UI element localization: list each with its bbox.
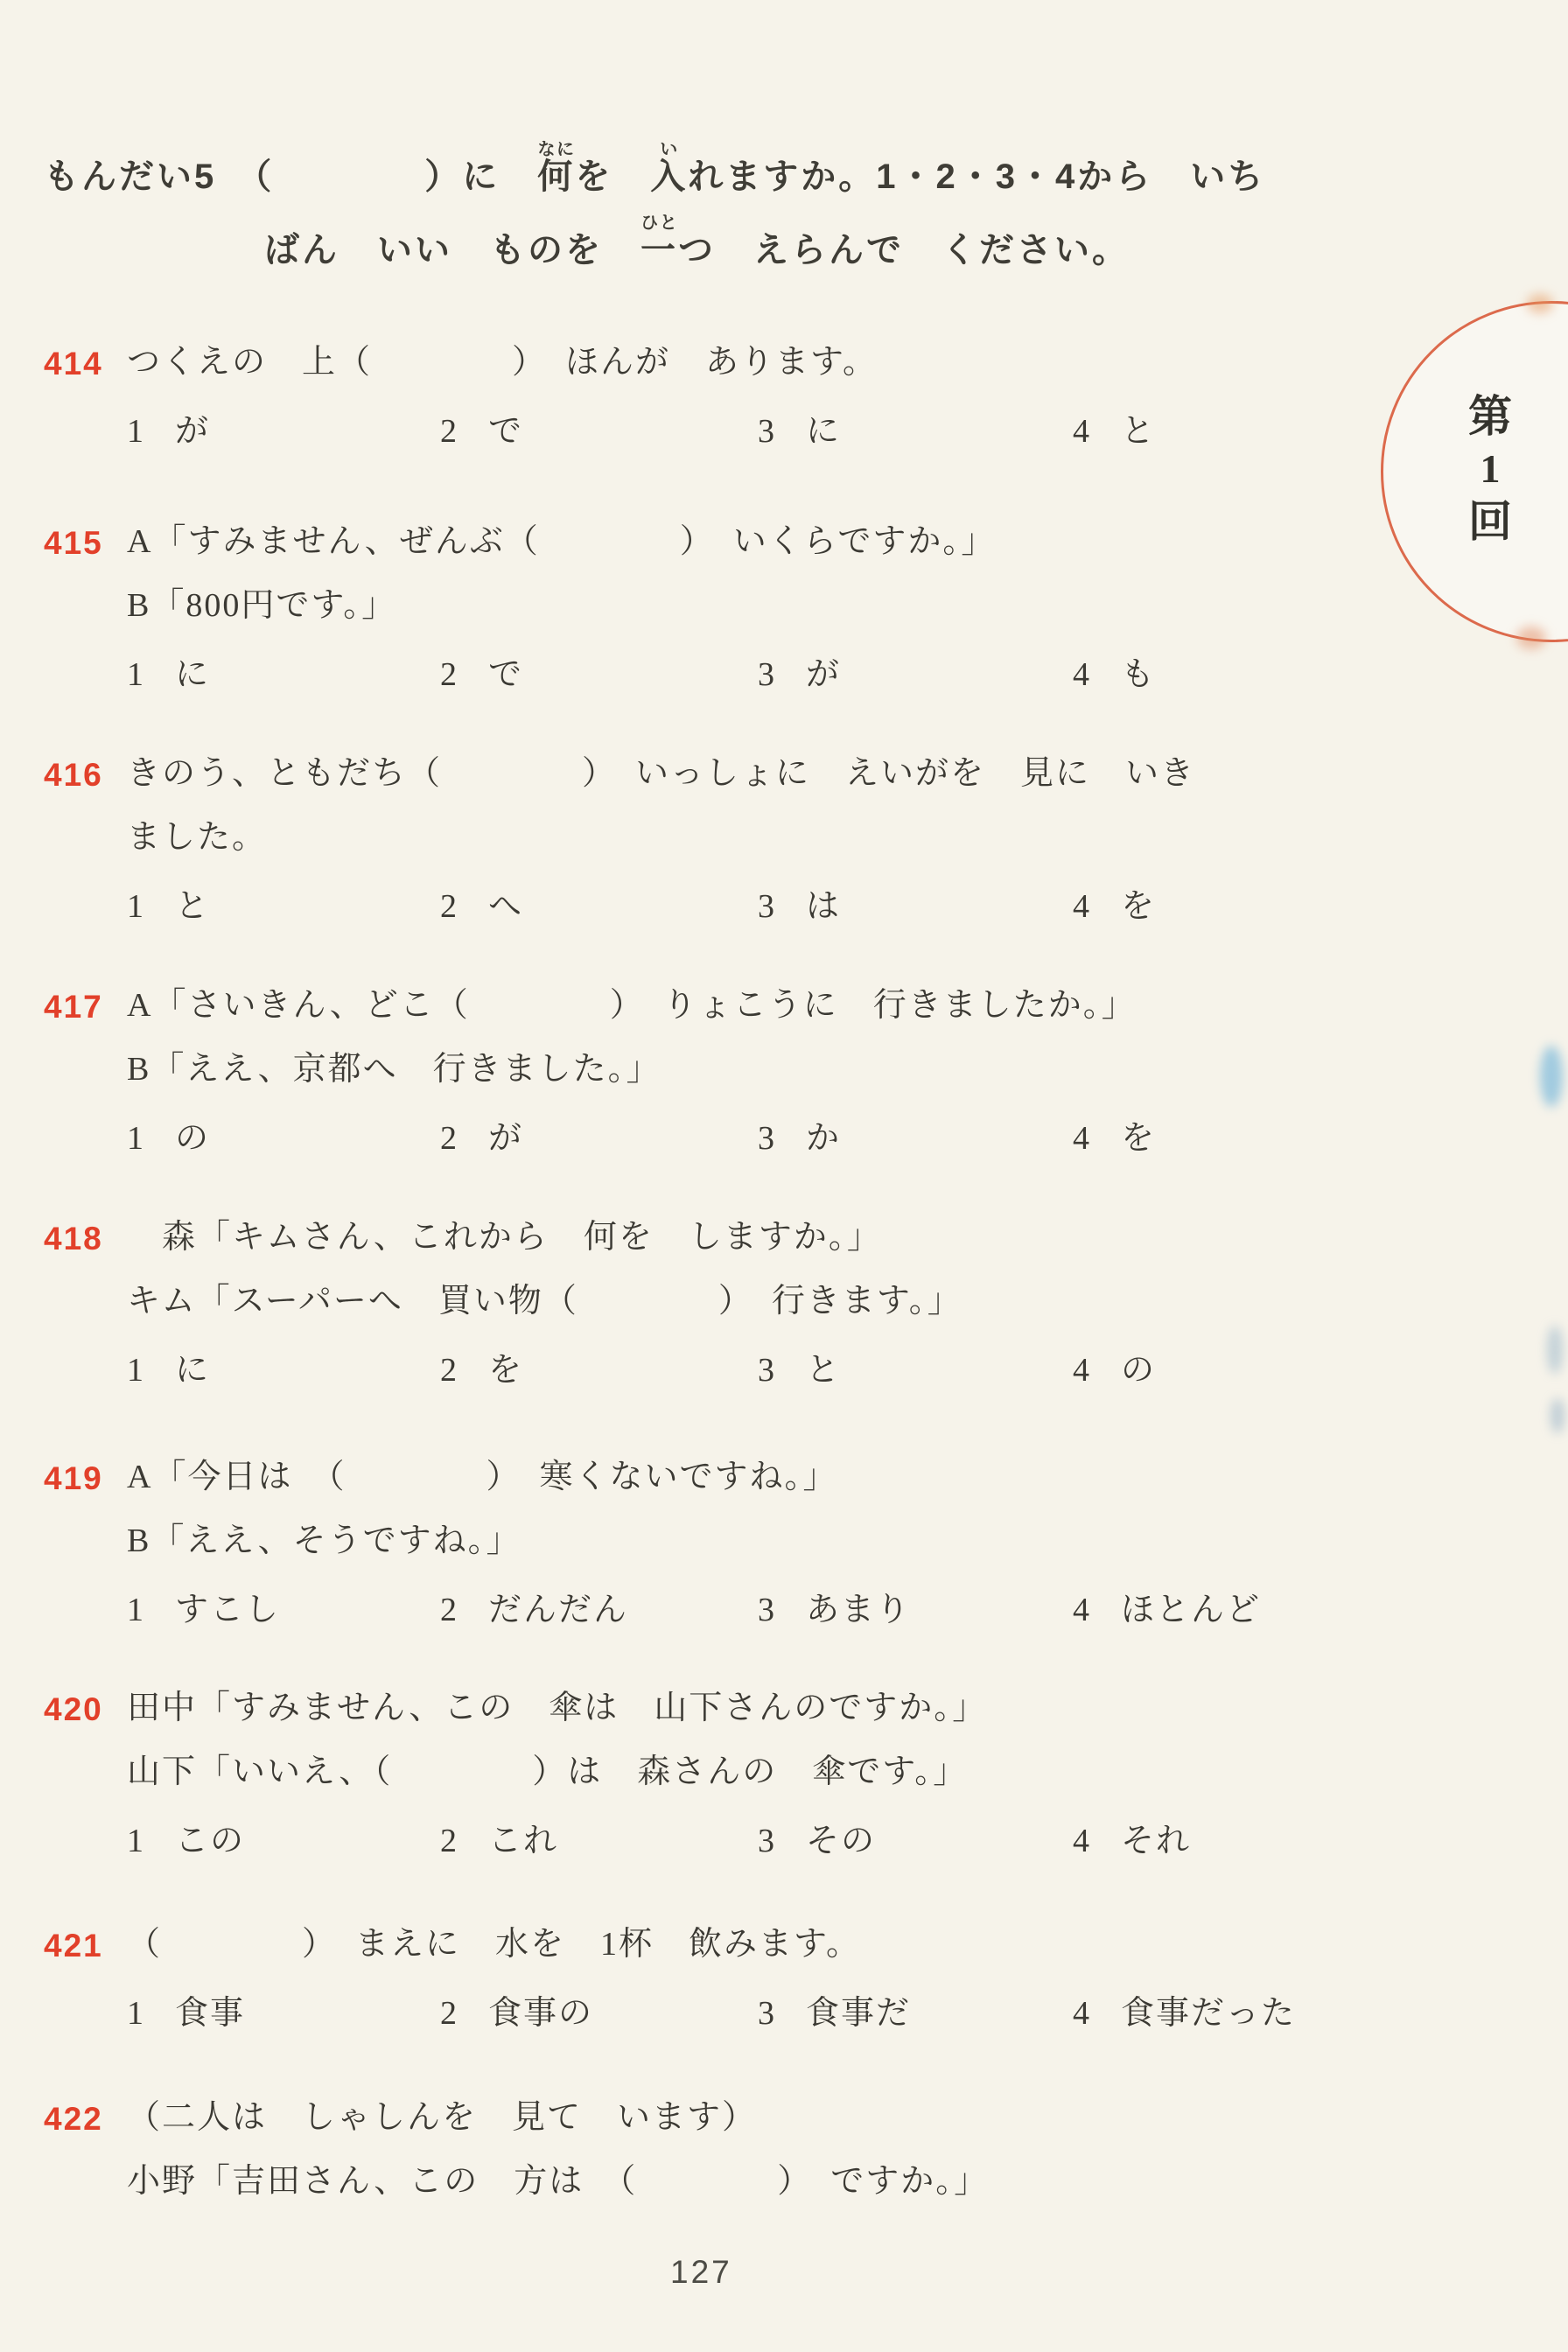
- question-417: 417 A「さいきん、どこ（ ） りょこうに 行きましたか。」 B「ええ、京都へ…: [44, 974, 1409, 1171]
- option: 1と: [127, 875, 440, 939]
- option: 2を: [440, 1339, 758, 1403]
- option: 3あまり: [758, 1578, 1073, 1642]
- option: 3食事だ: [758, 1982, 1073, 2046]
- instructions-line-2: ばん いい ものを 一ひとつ えらんで ください。: [264, 213, 1265, 287]
- question-416: 416 きのう、ともだち（ ） いっしょに えいがを 見に いき ました。 1と…: [44, 742, 1409, 939]
- question-number: 414: [44, 346, 103, 382]
- question-number: 420: [44, 1691, 103, 1728]
- question-line: 田中「すみません、この 傘は 山下さんのですか。」: [127, 1676, 1409, 1740]
- question-420: 420 田中「すみません、この 傘は 山下さんのですか。」 山下「いいえ、（ ）…: [44, 1676, 1409, 1873]
- option: 4も: [1073, 643, 1409, 707]
- option: 4それ: [1073, 1809, 1409, 1873]
- option: 2で: [440, 400, 758, 464]
- question-line: B「ええ、京都へ 行きました。」: [127, 1038, 1409, 1102]
- question-line: （ ） まえに 水を 1杯 飲みます。: [127, 1913, 1409, 1977]
- ink-smudge: [1550, 1398, 1564, 1433]
- option: 3と: [758, 1339, 1073, 1403]
- question-line: 山下「いいえ、（ ）は 森さんの 傘です。」: [127, 1740, 1409, 1804]
- option: 2が: [440, 1107, 758, 1171]
- question-line: 小野「吉田さん、この 方は （ ） ですか。」: [127, 2150, 1409, 2214]
- ruby-i: 入い: [650, 157, 688, 196]
- option: 4食事だった: [1073, 1982, 1409, 2046]
- question-line: 森「キムさん、これから 何を しますか。」: [127, 1206, 1409, 1270]
- ruby-hito: 一ひと: [640, 231, 678, 269]
- option: 2だんだん: [440, 1578, 758, 1642]
- options-row: 1に 2を 3と 4の: [127, 1339, 1409, 1403]
- option: 4ほとんど: [1073, 1578, 1409, 1642]
- ink-smudge: [1547, 1326, 1563, 1374]
- page-number: 127: [670, 2254, 732, 2291]
- question-number: 419: [44, 1460, 103, 1497]
- question-415: 415 A「すみません、ぜんぶ（ ） いくらですか。」 B「800円です。」 1…: [44, 510, 1409, 707]
- option: 4と: [1073, 400, 1409, 464]
- option: 3その: [758, 1809, 1073, 1873]
- option: 2へ: [440, 875, 758, 939]
- option: 4の: [1073, 1339, 1409, 1403]
- option: 1すこし: [127, 1578, 440, 1642]
- instructions-line-1: もんだい5 （ ）に 何なにを 入いれますか。1・2・3・4から いち: [44, 140, 1265, 213]
- question-418: 418 森「キムさん、これから 何を しますか。」 キム「スーパーへ 買い物（ …: [44, 1206, 1409, 1403]
- question-number: 422: [44, 2101, 103, 2138]
- option: 2で: [440, 643, 758, 707]
- options-row: 1この 2これ 3その 4それ: [127, 1809, 1409, 1873]
- question-421: 421 （ ） まえに 水を 1杯 飲みます。 1食事 2食事の 3食事だ 4食…: [44, 1913, 1409, 2046]
- options-row: 1すこし 2だんだん 3あまり 4ほとんど: [127, 1578, 1409, 1642]
- options-row: 1の 2が 3か 4を: [127, 1107, 1409, 1171]
- ruby-nani: 何なに: [537, 157, 575, 196]
- option: 3は: [758, 875, 1073, 939]
- option: 1食事: [127, 1982, 440, 2046]
- question-line: A「すみません、ぜんぶ（ ） いくらですか。」: [127, 510, 1409, 574]
- question-line: ました。: [127, 806, 1409, 870]
- ink-smudge: [1527, 294, 1553, 313]
- question-number: 417: [44, 989, 103, 1025]
- ink-smudge: [1540, 1046, 1563, 1107]
- question-414: 414 つくえの 上（ ） ほんが あります。 1が 2で 3に 4と: [44, 331, 1409, 464]
- option: 3に: [758, 400, 1073, 464]
- question-line: A「さいきん、どこ（ ） りょこうに 行きましたか。」: [127, 974, 1409, 1038]
- question-line: つくえの 上（ ） ほんが あります。: [127, 331, 1409, 395]
- options-row: 1が 2で 3に 4と: [127, 400, 1409, 464]
- question-line: （二人は しゃしんを 見て います）: [127, 2086, 1409, 2150]
- option: 1の: [127, 1107, 440, 1171]
- question-422: 422 （二人は しゃしんを 見て います） 小野「吉田さん、この 方は （ ）…: [44, 2086, 1409, 2214]
- option: 2食事の: [440, 1982, 758, 2046]
- question-419: 419 A「今日は （ ） 寒くないですね。」 B「ええ、そうですね。」 1すこ…: [44, 1445, 1409, 1642]
- option: 2これ: [440, 1809, 758, 1873]
- ink-smudge: [1516, 626, 1546, 649]
- option: 1に: [127, 1339, 440, 1403]
- question-number: 415: [44, 525, 103, 562]
- options-row: 1食事 2食事の 3食事だ 4食事だった: [127, 1982, 1409, 2046]
- option: 4を: [1073, 1107, 1409, 1171]
- question-number: 416: [44, 757, 103, 794]
- option: 4を: [1073, 875, 1409, 939]
- question-line: きのう、ともだち（ ） いっしょに えいがを 見に いき: [127, 742, 1409, 806]
- options-row: 1に 2で 3が 4も: [127, 643, 1409, 707]
- question-line: B「ええ、そうですね。」: [127, 1509, 1409, 1573]
- option: 3か: [758, 1107, 1073, 1171]
- question-number: 421: [44, 1928, 103, 1964]
- badge-char: 第: [1468, 390, 1512, 443]
- option: 1に: [127, 643, 440, 707]
- question-line: キム「スーパーへ 買い物（ ） 行きます。」: [127, 1270, 1409, 1333]
- badge-char: 1: [1480, 443, 1501, 495]
- exam-page: もんだい5 （ ）に 何なにを 入いれますか。1・2・3・4から いち ばん い…: [0, 0, 1568, 2352]
- option: 1この: [127, 1809, 440, 1873]
- badge-char: 回: [1468, 495, 1512, 548]
- question-line: A「今日は （ ） 寒くないですね。」: [127, 1445, 1409, 1509]
- round-badge-label: 第 1 回: [1424, 390, 1556, 548]
- option: 3が: [758, 643, 1073, 707]
- option: 1が: [127, 400, 440, 464]
- instructions: もんだい5 （ ）に 何なにを 入いれますか。1・2・3・4から いち ばん い…: [44, 140, 1265, 287]
- question-line: B「800円です。」: [127, 574, 1409, 638]
- question-number: 418: [44, 1221, 103, 1257]
- options-row: 1と 2へ 3は 4を: [127, 875, 1409, 939]
